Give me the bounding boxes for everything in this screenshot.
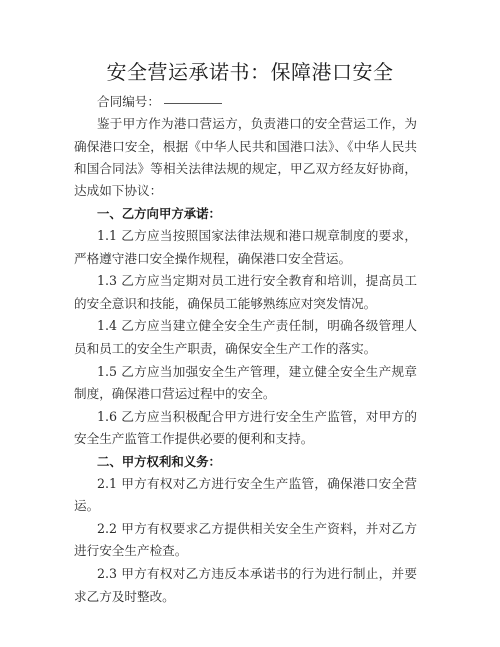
clause-1-5: 1.5乙方应当加强安全生产管理，建立健全安全生产规章制度，确保港口营运过程中的安… (74, 361, 417, 406)
clause-text: 乙方应当按照国家法律法规和港口规章制度的要求，严格遵守港口安全操作规程，确保港口… (74, 228, 417, 265)
clause-1-3: 1.3乙方应当定期对员工进行安全教育和培训，提高员工的安全意识和技能，确保员工能… (74, 270, 417, 315)
clause-number: 2.1 (97, 476, 117, 491)
clause-number: 2.2 (97, 521, 117, 536)
document-page: 安全营运承诺书：保障港口安全 合同编号： 鉴于甲方作为港口营运方，负责港口的安全… (0, 0, 500, 647)
contract-number-row: 合同编号： (74, 91, 417, 113)
clause-2-3: 2.3甲方有权对乙方违反本承诺书的行为进行制止，并要求乙方及时整改。 (74, 563, 417, 608)
clause-text: 乙方应当积极配合甲方进行安全生产监管，对甲方的安全生产监管工作提供必要的便利和支… (74, 409, 417, 446)
section-heading-1: 一、乙方向甲方承诺： (74, 203, 417, 225)
document-body: 合同编号： 鉴于甲方作为港口营运方，负责港口的安全营运工作，为确保港口安全，根据… (74, 91, 417, 608)
preamble-paragraph: 鉴于甲方作为港口营运方，负责港口的安全营运工作，为确保港口安全，根据《中华人民共… (74, 113, 417, 203)
clause-text: 乙方应当建立健全安全生产责任制，明确各级管理人员和员工的安全生产职责，确保安全生… (74, 318, 417, 355)
clause-2-1: 2.1甲方有权对乙方进行安全生产监管，确保港口安全营运。 (74, 473, 417, 518)
clause-number: 1.5 (97, 364, 117, 379)
clause-1-6: 1.6乙方应当积极配合甲方进行安全生产监管，对甲方的安全生产监管工作提供必要的便… (74, 406, 417, 451)
clause-number: 2.3 (97, 566, 117, 581)
clause-number: 1.1 (97, 228, 117, 243)
clause-1-4: 1.4乙方应当建立健全安全生产责任制，明确各级管理人员和员工的安全生产职责，确保… (74, 315, 417, 360)
clause-2-2: 2.2甲方有权要求乙方提供相关安全生产资料，并对乙方进行安全生产检查。 (74, 518, 417, 563)
contract-number-blank (164, 91, 222, 104)
clause-text: 甲方有权要求乙方提供相关安全生产资料，并对乙方进行安全生产检查。 (74, 521, 417, 558)
contract-number-label: 合同编号： (97, 91, 160, 113)
clause-1-1: 1.1乙方应当按照国家法律法规和港口规章制度的要求，严格遵守港口安全操作规程，确… (74, 225, 417, 270)
clause-text: 乙方应当加强安全生产管理，建立健全安全生产规章制度，确保港口营运过程中的安全。 (74, 364, 417, 401)
clause-text: 乙方应当定期对员工进行安全教育和培训，提高员工的安全意识和技能，确保员工能够熟练… (74, 273, 417, 310)
clause-number: 1.6 (97, 409, 117, 424)
clause-number: 1.3 (97, 273, 117, 288)
section-heading-2: 二、甲方权利和义务： (74, 451, 417, 473)
clause-number: 1.4 (97, 318, 117, 333)
clause-text: 甲方有权对乙方违反本承诺书的行为进行制止，并要求乙方及时整改。 (74, 566, 417, 603)
document-title: 安全营运承诺书：保障港口安全 (0, 58, 500, 86)
clause-text: 甲方有权对乙方进行安全生产监管，确保港口安全营运。 (74, 476, 417, 513)
